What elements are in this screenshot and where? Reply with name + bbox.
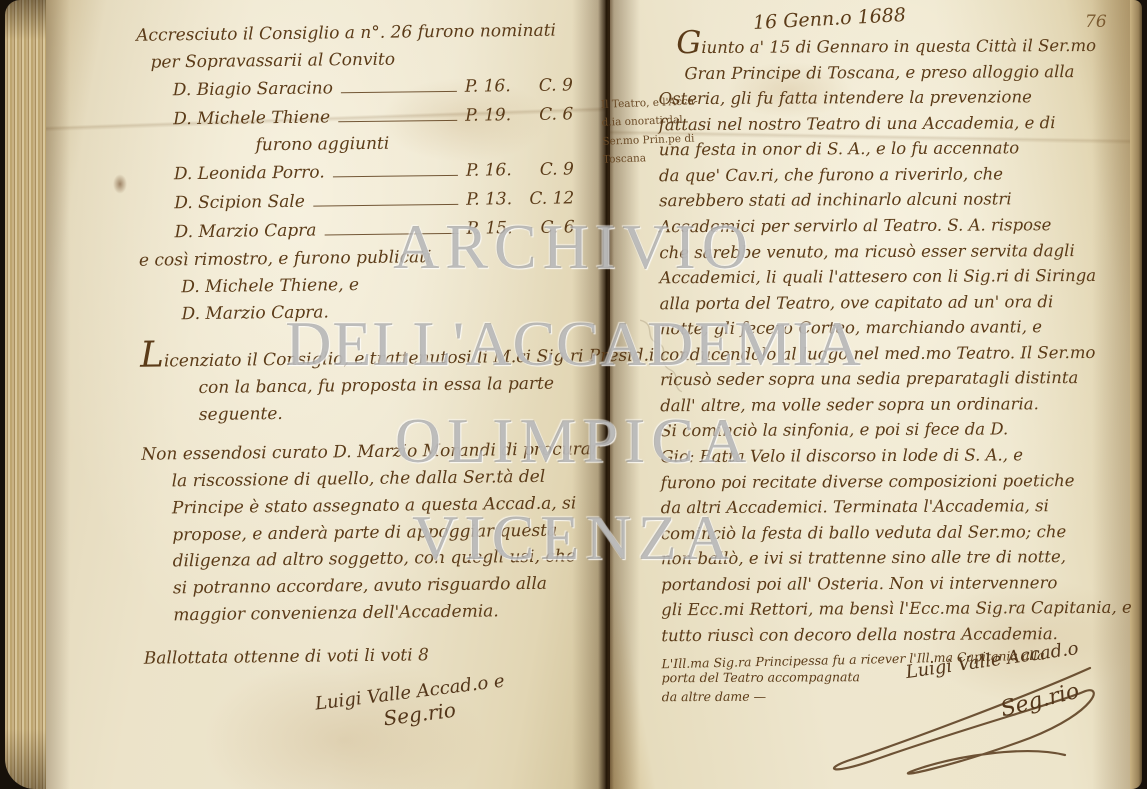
manuscript-line: Accademici, li quali l'attesero con li S…	[659, 263, 1127, 291]
ballot-line: Ballottata ottenne di voti li voti 8	[144, 640, 590, 672]
paragraph-1: Licenziato il Consiglio, e trattenutosi …	[140, 338, 587, 430]
votes-contra: C. 9	[522, 157, 574, 184]
votes-pro: P. 16.	[466, 157, 522, 185]
voter-name: D. Scipion Sale	[174, 189, 305, 217]
manuscript-line: Giunto a' 15 di Gennaro in questa Città …	[676, 31, 1126, 61]
votes-pro: P. 15.	[466, 215, 522, 243]
opening-lines: Accresciuto il Consiglio a n°. 26 furono…	[136, 17, 583, 76]
manuscript-line: Accresciuto il Consiglio a n°. 26 furono…	[136, 17, 582, 49]
dash-rule	[313, 204, 458, 207]
manuscript-line: Si cominciò la sinfonia, e poi si fece d…	[660, 416, 1128, 444]
manuscript-line: Osteria, gli fu fatta intendere la preve…	[659, 84, 1127, 112]
result-lines: e così rimostro, e furono publicatiD. Mi…	[139, 242, 586, 328]
votes-contra: C. 6	[521, 101, 573, 128]
manuscript-line: sarebbero stati ad inchinarlo alcuni nos…	[659, 186, 1127, 214]
manuscript-line: ricusò seder sopra una sedia preparatagl…	[660, 365, 1128, 393]
manuscript-line: Gran Principe di Toscana, e preso allogg…	[684, 58, 1126, 86]
manuscript-line: notte, gli fecero Corteo, marchiando ava…	[660, 314, 1128, 342]
right-page-edge	[1130, 0, 1142, 789]
dash-rule	[324, 233, 458, 236]
left-page-text: Accresciuto il Consiglio a n°. 26 furono…	[136, 17, 590, 672]
manuscript-line: furono poi recitate diverse composizioni…	[661, 467, 1129, 495]
manuscript-line: fattasi nel nostro Teatro di una Accadem…	[659, 109, 1127, 137]
manuscript-line: con la banca, fu proposta in essa la par…	[198, 371, 586, 403]
votes-pro: P. 13.	[466, 186, 522, 214]
dash-rule	[338, 119, 457, 121]
paragraph-2: Non essendosi curato D. Marzio Morandi d…	[141, 436, 589, 629]
manuscript-line: cominciò la festa di ballo veduta dal Se…	[661, 518, 1129, 546]
dash-rule	[341, 91, 457, 93]
manuscript-line: Licenziato il Consiglio, e trattenutosi …	[140, 338, 586, 376]
manuscript-line: si potranno accordare, avuto risguardo a…	[173, 571, 589, 603]
manuscript-line: gli Ecc.mi Rettori, ma bensì l'Ecc.ma Si…	[661, 595, 1129, 623]
voter-name: D. Biagio Saracino	[173, 75, 333, 104]
manuscript-line: da que' Cav.ri, che furono a riverirlo, …	[659, 161, 1127, 189]
vote-list-2: D. Leonida Porro. P. 16. C. 9 D. Scipion…	[138, 156, 585, 248]
manuscript-line: D. Marzio Capra.	[181, 296, 585, 328]
signature-flourish	[815, 660, 1130, 785]
manuscript-scan: Accresciuto il Consiglio a n°. 26 furono…	[0, 0, 1147, 789]
manuscript-line: conducendolo al luogo nel med.mo Teatro.…	[660, 340, 1128, 368]
voter-name: D. Michele Thiene	[173, 104, 330, 133]
manuscript-line: alla porta del Teatro, ove capitato ad u…	[660, 288, 1128, 316]
votes-contra: C. 6	[522, 214, 574, 241]
manuscript-line: portandosi poi all' Osteria. Non vi inte…	[661, 570, 1129, 598]
voter-name: D. Leonida Porro.	[174, 160, 325, 189]
manuscript-line: dall' altre, ma volle seder sopra un ord…	[660, 391, 1128, 419]
dash-rule	[333, 175, 458, 178]
manuscript-line: da altri Accademici. Terminata l'Accadem…	[661, 493, 1129, 521]
manuscript-line: una festa in onor di S. A., e lo fu acce…	[659, 135, 1127, 163]
book-page-edges	[5, 0, 46, 789]
votes-pro: P. 16.	[465, 73, 521, 101]
manuscript-line: maggior convenienza dell'Accademia.	[173, 597, 589, 629]
manuscript-line: che sarebbe venuto, ma ricusò esser serv…	[659, 237, 1127, 265]
manuscript-line: seguente.	[199, 397, 587, 429]
votes-contra: C. 12	[522, 186, 574, 213]
manuscript-line: Accademici per servirlo al Teatro. S. A.…	[659, 212, 1127, 240]
vote-list-1: D. Biagio Saracino P. 16. C. 9 D. Michel…	[137, 71, 584, 134]
manuscript-line: Gio: Batta Velo il discorso in lode di S…	[660, 442, 1128, 470]
manuscript-line: non ballò, e ivi si trattenne sino alle …	[661, 544, 1129, 572]
right-page-text: Giunto a' 15 di Gennaro in questa Città …	[658, 31, 1130, 707]
votes-pro: P. 19.	[465, 102, 521, 130]
voter-name: D. Marzio Capra	[174, 218, 316, 247]
votes-contra: C. 9	[521, 72, 573, 99]
folio-number: 76	[1085, 12, 1107, 32]
body-paragraph: Giunto a' 15 di Gennaro in questa Città …	[658, 31, 1129, 649]
subheading: furono aggiunti	[255, 129, 583, 160]
